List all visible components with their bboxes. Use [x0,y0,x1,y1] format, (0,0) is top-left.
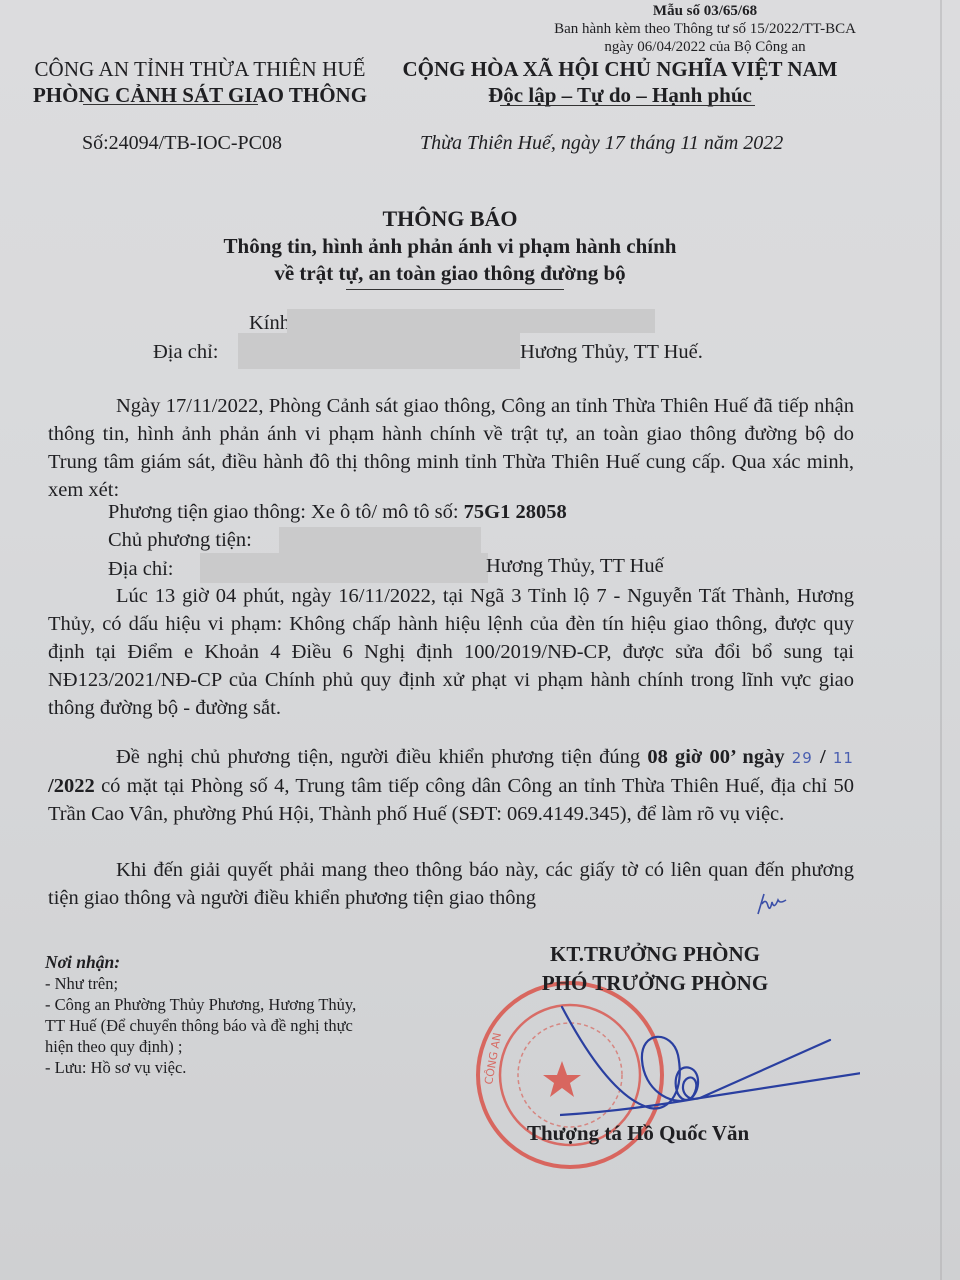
summons-date-separator: / [813,746,833,768]
motto-underline [500,105,755,106]
owner-address-suffix: Hương Thủy, TT Huế [486,555,664,578]
paragraph-summons: Đề nghị chủ phương tiện, người điều khiể… [48,743,854,828]
issuing-agency: CÔNG AN TỈNH THỪA THIÊN HUẾ PHÒNG CẢNH S… [0,56,400,108]
paragraph-intro: Ngày 17/11/2022, Phòng Cảnh sát giao thô… [48,392,854,504]
paragraph-violation: Lúc 13 giờ 04 phút, ngày 16/11/2022, tại… [48,582,854,722]
vehicle-label: Phương tiện giao thông: Xe ô tô/ mô tô s… [108,501,464,523]
addressee-address-label: Địa chỉ: [153,339,218,367]
recipient-item: hiện theo quy định) ; [45,1036,356,1057]
title-main: THÔNG BÁO [150,205,750,233]
agency-name: CÔNG AN TỈNH THỪA THIÊN HUẾ [0,56,400,82]
signer-line-1: KT.TRƯỞNG PHÒNG [490,940,820,969]
signer-name: Thượng tá Hồ Quốc Văn [527,1121,749,1146]
nation-name: CỘNG HÒA XÃ HỘI CHỦ NGHĨA VIỆT NAM [385,56,855,82]
signer-titles: KT.TRƯỞNG PHÒNG PHÓ TRƯỞNG PHÒNG [490,940,820,998]
title-sub-1: Thông tin, hình ảnh phản ánh vi phạm hàn… [150,233,750,260]
recipients-title: Nơi nhận: [45,952,356,973]
addressee-address-suffix: Hương Thủy, TT Huế. [520,339,703,367]
owner-address-label: Địa chỉ: [108,558,173,580]
summons-time: 08 giờ 00’ ngày [647,746,791,768]
national-header: CỘNG HÒA XÃ HỘI CHỦ NGHĨA VIỆT NAM Độc l… [385,56,855,108]
redacted-owner-name [279,527,481,553]
redacted-recipient-address [238,333,520,369]
form-issued-date: ngày 06/04/2022 của Bộ Công an [450,38,960,56]
summons-month-handwritten: 11 [833,749,854,767]
summons-day-handwritten: 29 [792,749,813,767]
owner-line: Chủ phương tiện: [108,526,252,554]
vehicle-plate: 75G1 28058 [464,501,567,523]
handwritten-initials-icon [752,890,792,916]
paragraph-documents-required: Khi đến giải quyết phải mang theo thông … [48,856,854,912]
page-edge [940,0,942,1280]
owner-label: Chủ phương tiện: [108,529,252,551]
document-title: THÔNG BÁO Thông tin, hình ảnh phản ánh v… [150,205,750,287]
form-code: Mẫu số 03/65/68 Ban hành kèm theo Thông … [450,2,960,56]
title-underline [346,289,564,290]
summons-year: /2022 [48,775,95,797]
form-issued-with: Ban hành kèm theo Thông tư số 15/2022/TT… [450,20,960,38]
recipient-item: - Lưu: Hồ sơ vụ việc. [45,1057,356,1078]
redacted-recipient-name [287,309,655,333]
summons-text-before: Đề nghị chủ phương tiện, người điều khiể… [116,746,647,768]
title-sub-2: về trật tự, an toàn giao thông đường bộ [150,260,750,287]
redacted-owner-address [200,553,488,583]
form-number: Mẫu số 03/65/68 [450,2,960,20]
document-number: Số:24094/TB-IOC-PC08 [82,132,282,155]
vehicle-line: Phương tiện giao thông: Xe ô tô/ mô tô s… [108,498,567,526]
recipient-item: TT Huế (Để chuyển thông báo và đề nghị t… [45,1015,356,1036]
owner-address-line: Địa chỉ: [108,555,173,583]
signer-line-2: PHÓ TRƯỞNG PHÒNG [490,969,820,998]
recipient-item: - Như trên; [45,973,356,994]
place-date: Thừa Thiên Huế, ngày 17 tháng 11 năm 202… [420,132,783,155]
recipients-block: Nơi nhận: - Như trên; - Công an Phường T… [45,952,356,1078]
department-underline [83,104,258,105]
recipient-item: - Công an Phường Thủy Phương, Hương Thủy… [45,994,356,1015]
summons-text-after: có mặt tại Phòng số 4, Trung tâm tiếp cô… [48,775,854,825]
